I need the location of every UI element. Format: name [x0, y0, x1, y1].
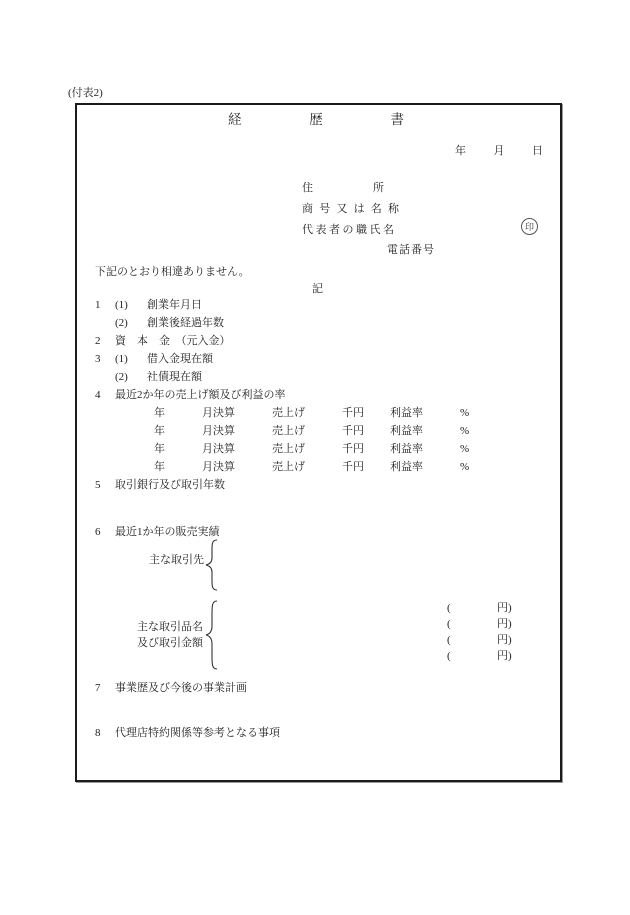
- settlement-label: 月決算: [202, 442, 235, 456]
- sales-label: 売上げ: [272, 460, 305, 474]
- item-6-line: 6 最近1か年の販売実績: [77, 525, 560, 539]
- item-3-line-2: (2) 社債現在額: [77, 370, 560, 384]
- item-label: 代理店特約関係等参考となる事項: [115, 726, 280, 740]
- sales-label: 売上げ: [272, 424, 305, 438]
- amount-row: ( 円): [77, 617, 560, 631]
- trade-name-label: 商号又は名称: [302, 202, 399, 216]
- item-3-line-1: 3 (1) 借入金現在額: [77, 352, 560, 366]
- item-label: 事業歴及び今後の事業計画: [115, 681, 247, 695]
- paren-open: (: [447, 617, 451, 631]
- unit-label: 千円: [342, 406, 364, 420]
- amount-row: ( 円): [77, 601, 560, 615]
- item-1-line-1: 1 (1) 創業年月日: [77, 298, 560, 312]
- item-number: 2: [95, 334, 101, 348]
- item-number: 5: [95, 478, 101, 492]
- seal-character: 印: [525, 220, 534, 233]
- paren-open: (: [447, 649, 451, 663]
- percent-label: %: [460, 460, 469, 474]
- item-number: 8: [95, 726, 101, 740]
- item-sub-number: (2): [115, 316, 128, 330]
- item-label: 社債現在額: [147, 370, 202, 384]
- year-label: 年: [154, 460, 165, 474]
- percent-label: %: [460, 406, 469, 420]
- seal-mark-icon: 印: [521, 218, 538, 235]
- profit-label: 利益率: [390, 424, 423, 438]
- paren-open: (: [447, 633, 451, 647]
- yen-close: 円): [497, 601, 512, 615]
- item-7-line: 7 事業歴及び今後の事業計画: [77, 681, 560, 695]
- sales-row: 年 月決算 売上げ 千円 利益率 %: [77, 424, 560, 438]
- item-2-line: 2 資 本 金 （元入金）: [77, 334, 560, 348]
- year-label: 年: [154, 424, 165, 438]
- settlement-label: 月決算: [202, 460, 235, 474]
- item-label: 創業後経過年数: [147, 316, 224, 330]
- amount-row: ( 円): [77, 633, 560, 647]
- unit-label: 千円: [342, 424, 364, 438]
- item-label: 取引銀行及び取引年数: [115, 478, 225, 492]
- phone-label: 電話番号: [387, 243, 435, 257]
- document-title: 経歴書: [228, 111, 404, 128]
- unit-label: 千円: [342, 460, 364, 474]
- item-number: 7: [95, 681, 101, 695]
- paren-open: (: [447, 601, 451, 615]
- address-label: 住所: [302, 181, 384, 195]
- percent-label: %: [460, 424, 469, 438]
- item-label: 最近1か年の販売実績: [115, 525, 220, 539]
- item-5-line: 5 取引銀行及び取引年数: [77, 478, 560, 492]
- item-label: 資 本 金 （元入金）: [115, 334, 231, 348]
- declaration-text: 下記のとおり相違ありません。: [95, 265, 250, 279]
- profit-label: 利益率: [390, 406, 423, 420]
- item-label: 創業年月日: [147, 298, 202, 312]
- yen-close: 円): [497, 649, 512, 663]
- sales-label: 売上げ: [272, 406, 305, 420]
- annotation-label: (付表2): [68, 86, 103, 100]
- curly-brace-clients-icon: [205, 539, 219, 591]
- item-sub-number: (1): [115, 298, 128, 312]
- item-number: 1: [95, 298, 101, 312]
- profit-label: 利益率: [390, 442, 423, 456]
- item-number: 4: [95, 388, 101, 402]
- date-labels: 年月日: [455, 144, 543, 158]
- item-4-line: 4 最近2か年の売上げ額及び利益の率: [77, 388, 560, 402]
- unit-label: 千円: [342, 442, 364, 456]
- sales-label: 売上げ: [272, 442, 305, 456]
- sales-row: 年 月決算 売上げ 千円 利益率 %: [77, 460, 560, 474]
- item-number: 6: [95, 525, 101, 539]
- amount-row: ( 円): [77, 649, 560, 663]
- item-label: 借入金現在額: [147, 352, 213, 366]
- yen-close: 円): [497, 617, 512, 631]
- year-label: 年: [154, 442, 165, 456]
- clients-label: 主な取引先: [149, 553, 204, 567]
- settlement-label: 月決算: [202, 406, 235, 420]
- sales-row: 年 月決算 売上げ 千円 利益率 %: [77, 442, 560, 456]
- item-sub-number: (2): [115, 370, 128, 384]
- settlement-label: 月決算: [202, 424, 235, 438]
- item-1-line-2: (2) 創業後経過年数: [77, 316, 560, 330]
- item-number: 3: [95, 352, 101, 366]
- percent-label: %: [460, 442, 469, 456]
- representative-label: 代表者の職氏名: [302, 223, 397, 237]
- yen-close: 円): [497, 633, 512, 647]
- profit-label: 利益率: [390, 460, 423, 474]
- career-history-document: (付表2) 経歴書 年月日 住所 商号又は名称 代表者の職氏名 電話番号 印 下…: [0, 0, 630, 915]
- notation-ki: 記: [312, 282, 323, 296]
- item-8-line: 8 代理店特約関係等参考となる事項: [77, 726, 560, 740]
- item-sub-number: (1): [115, 352, 128, 366]
- item-label: 最近2か年の売上げ額及び利益の率: [115, 388, 286, 402]
- sales-row: 年 月決算 売上げ 千円 利益率 %: [77, 406, 560, 420]
- form-border-box: 経歴書 年月日 住所 商号又は名称 代表者の職氏名 電話番号 印 下記のとおり相…: [75, 103, 562, 782]
- year-label: 年: [154, 406, 165, 420]
